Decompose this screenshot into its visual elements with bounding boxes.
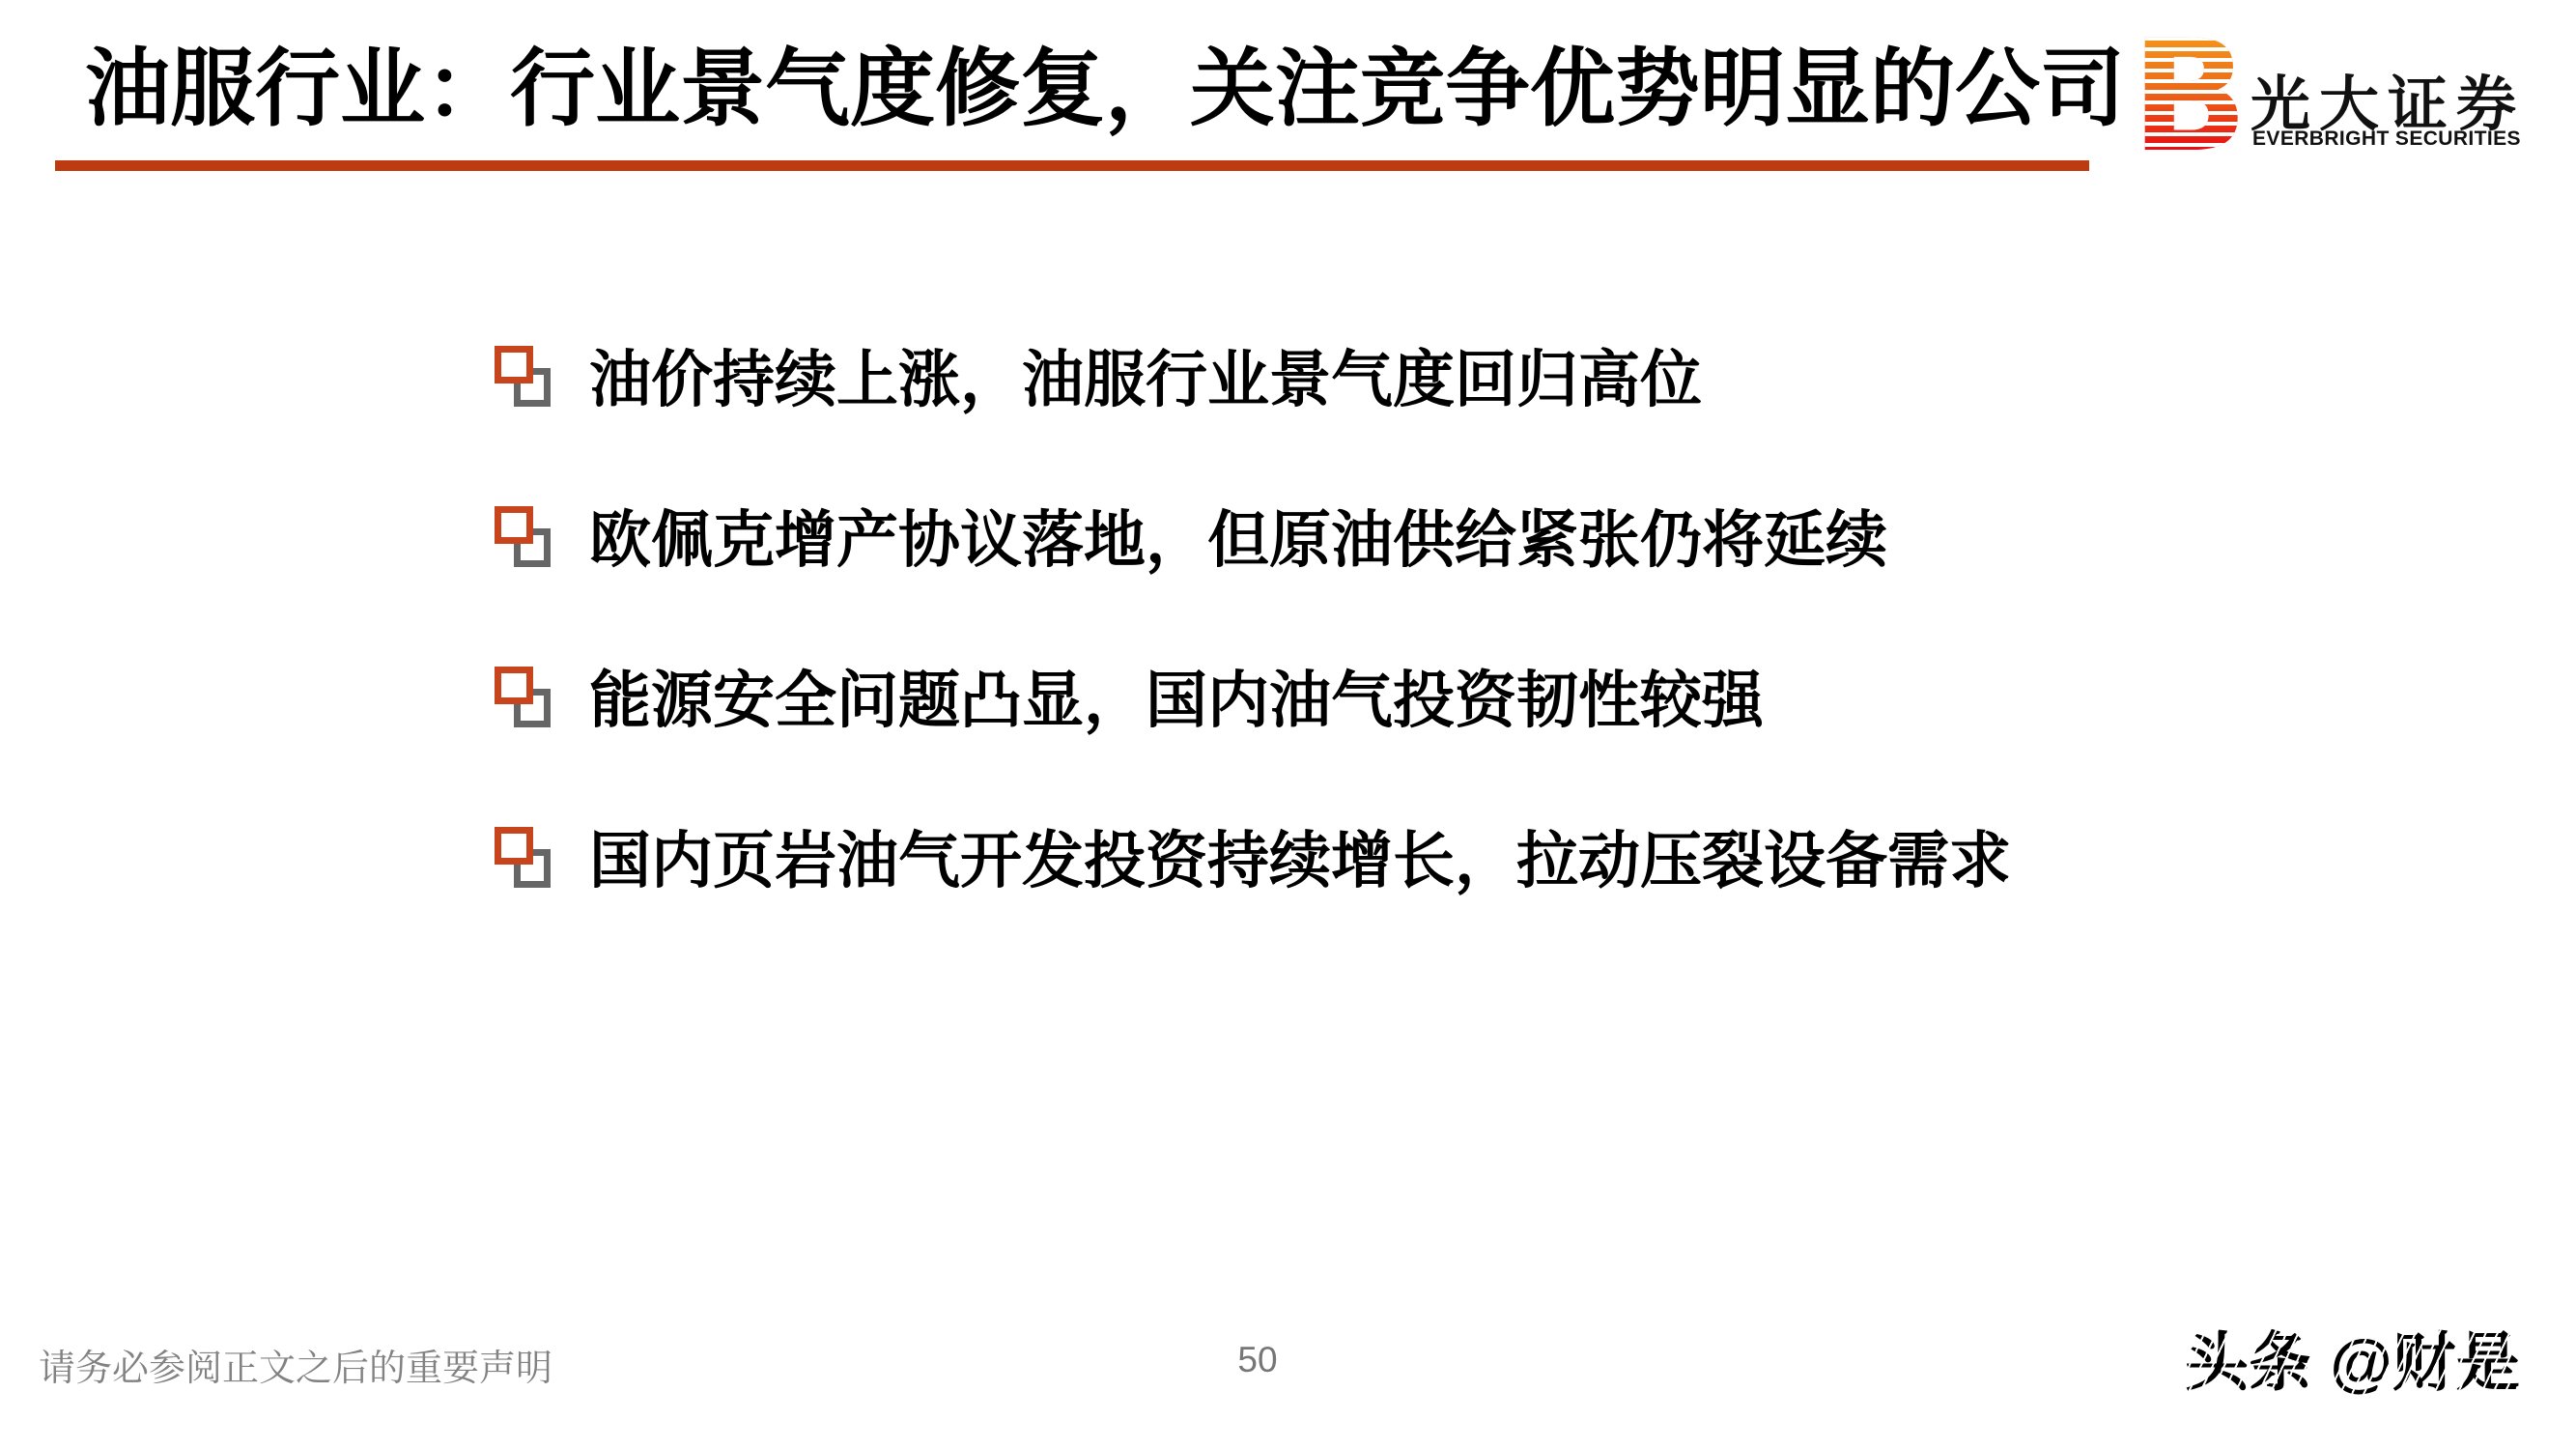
overlapping-squares-icon <box>495 827 551 888</box>
bullet-text: 能源安全问题凸显，国内油气投资韧性较强 <box>589 667 1764 734</box>
logo-name-en: EVERBRIGHT SECURITIES <box>2252 128 2521 151</box>
toutiao-watermark: 头条 @财是 <box>2185 1327 2520 1398</box>
everbright-logo: B 光大证券 EVERBRIGHT SECURITIES <box>2131 0 2575 193</box>
bullet-item: 国内页岩油气开发投资持续增长，拉动压裂设备需求 <box>495 781 2011 941</box>
orange-square <box>495 346 533 384</box>
bullet-item: 欧佩克增产协议落地，但原油供给紧张仍将延续 <box>495 460 2011 620</box>
bullet-item: 能源安全问题凸显，国内油气投资韧性较强 <box>495 620 2011 781</box>
orange-square <box>495 667 533 704</box>
everbright-b-icon: B <box>2131 19 2249 174</box>
overlapping-squares-icon <box>495 506 551 567</box>
overlapping-squares-icon <box>495 346 551 407</box>
bullet-text: 国内页岩油气开发投资持续增长，拉动压裂设备需求 <box>589 827 2011 895</box>
overlapping-squares-icon <box>495 667 551 727</box>
title-underline <box>55 160 2089 171</box>
bullet-text: 欧佩克增产协议落地，但原油供给紧张仍将延续 <box>589 506 1887 574</box>
page-number: 50 <box>1219 1340 1296 1380</box>
bullet-text: 油价持续上涨，油服行业景气度回归高位 <box>589 346 1702 413</box>
orange-square <box>495 827 533 865</box>
bullet-list: 油价持续上涨，油服行业景气度回归高位 欧佩克增产协议落地，但原油供给紧张仍将延续… <box>495 299 2011 941</box>
bullet-item: 油价持续上涨，油服行业景气度回归高位 <box>495 299 2011 460</box>
slide: 油服行业：行业景气度修复，关注竞争优势明显的公司 B 光大证券 EVERBRIG… <box>0 0 2576 1449</box>
page-title: 油服行业：行业景气度修复，关注竞争优势明显的公司 <box>85 43 2125 136</box>
orange-square <box>495 506 533 544</box>
footer-disclaimer: 请务必参阅正文之后的重要声明 <box>39 1338 552 1391</box>
